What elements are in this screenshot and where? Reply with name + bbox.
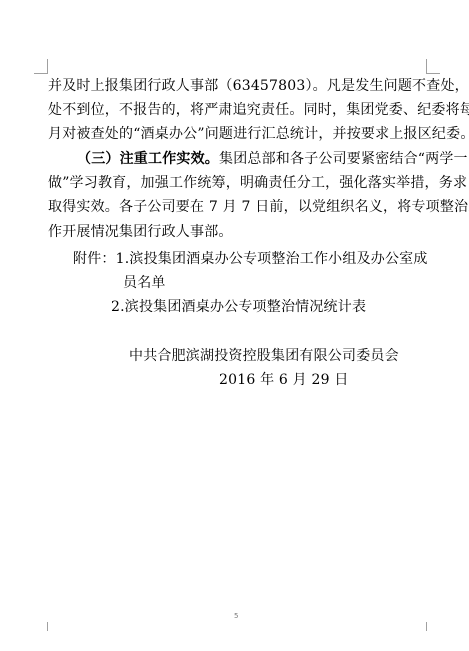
margin-corner-mark-bottom-left bbox=[47, 622, 48, 631]
body-text-line: 做”学习教育，加强工作统筹，明确责任分工，强化落实举措，务求 bbox=[48, 174, 428, 192]
body-text-line: 作开展情况集团行政人事部。 bbox=[48, 223, 428, 241]
margin-corner-mark-top-right bbox=[426, 59, 440, 74]
signature-organization: 中共合肥滨湖投资控股集团有限公司委员会 bbox=[129, 347, 469, 365]
section-3-text: 集团总部和各子公司要紧密结合“两学一 bbox=[219, 151, 468, 167]
margin-corner-mark-top-left bbox=[34, 59, 48, 74]
attachments-label: 附件： bbox=[73, 251, 116, 267]
document-page: 并及时上报集团行政人事部（63457803）。凡是发生问题不查处，查 处不到位，… bbox=[0, 0, 469, 651]
attachment-1-text: 1.滨投集团酒桌办公专项整治工作小组及办公室成 bbox=[116, 251, 428, 267]
body-text-line: 并及时上报集团行政人事部（63457803）。凡是发生问题不查处，查 bbox=[48, 77, 428, 95]
body-text-line: 取得实效。各子公司要在 7 月 7 日前，以党组织名义，将专项整治工 bbox=[48, 198, 428, 216]
signature-date: 2016 年 6 月 29 日 bbox=[219, 371, 469, 389]
section-3-heading: （三）注重工作实效。 bbox=[77, 151, 219, 167]
body-text-line: 处不到位，不报告的，将严肃追究责任。同时，集团党委、纪委将每 bbox=[48, 101, 428, 119]
attachment-item-1-continued: 员名单 bbox=[123, 274, 469, 292]
section-3-first-line: （三）注重工作实效。集团总部和各子公司要紧密结合“两学一 bbox=[77, 150, 457, 168]
margin-corner-mark-bottom-right bbox=[426, 622, 427, 631]
attachment-item-1: 附件：1.滨投集团酒桌办公专项整治工作小组及办公室成 bbox=[73, 250, 453, 268]
page-number: 5 bbox=[234, 612, 238, 620]
body-text-line: 月对被查处的“酒桌办公”问题进行汇总统计，并按要求上报区纪委。 bbox=[48, 125, 428, 143]
attachment-item-2: 2.滨投集团酒桌办公专项整治情况统计表 bbox=[111, 298, 469, 316]
